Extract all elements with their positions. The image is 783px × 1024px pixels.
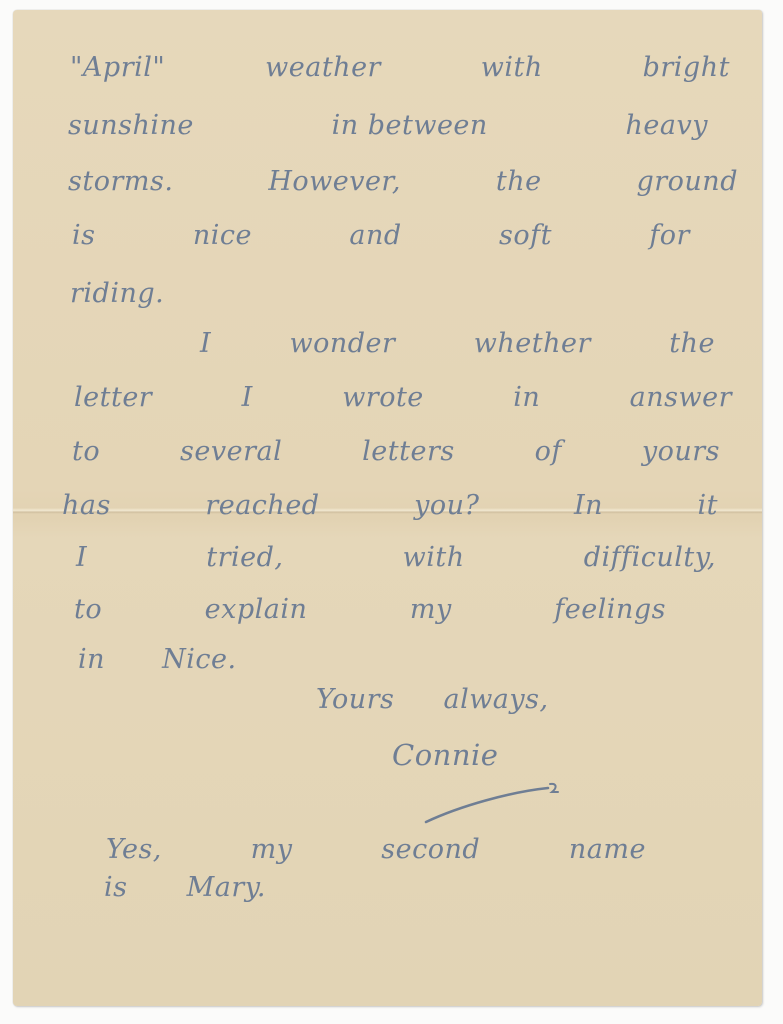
word: explain xyxy=(205,594,308,625)
letter-closing: Yours always, xyxy=(316,684,549,715)
letter-line-6: I wonder whether the xyxy=(200,328,715,359)
word: I xyxy=(242,382,253,413)
word: with xyxy=(403,542,465,573)
word: whether xyxy=(474,328,591,359)
word: my xyxy=(251,834,293,865)
word: riding. xyxy=(70,278,164,309)
letter-line-1: "April" weather with bright xyxy=(70,52,730,83)
letter-line-3: storms. However, the ground xyxy=(68,166,738,197)
word: wonder xyxy=(290,328,396,359)
word: name xyxy=(569,834,646,865)
word: weather xyxy=(265,52,381,83)
word: has xyxy=(62,490,111,521)
word: wrote xyxy=(342,382,424,413)
word: several xyxy=(180,436,282,467)
word: bright xyxy=(643,52,730,83)
word: storms. xyxy=(68,166,173,197)
letter-line-10: I tried, with difficulty, xyxy=(76,542,716,573)
word: letters xyxy=(362,436,455,467)
word: Mary. xyxy=(187,872,266,903)
letter-line-11: to explain my feelings xyxy=(74,594,666,625)
word: for xyxy=(649,220,690,251)
word: you? xyxy=(414,490,479,521)
word: difficulty, xyxy=(584,542,716,573)
word: reached xyxy=(205,490,319,521)
letter-line-7: letter I wrote in answer xyxy=(74,382,732,413)
letter-line-2: sunshine in between heavy xyxy=(68,110,708,141)
word: to xyxy=(74,594,102,625)
word: yours xyxy=(642,436,720,467)
word: second xyxy=(381,834,480,865)
word: However, xyxy=(268,166,401,197)
word: in xyxy=(513,382,540,413)
letter-line-5: riding. xyxy=(70,278,164,309)
word: Yes, xyxy=(106,834,162,865)
word: tried, xyxy=(206,542,283,573)
word: answer xyxy=(630,382,732,413)
letter-signature: Connie xyxy=(392,738,498,772)
postscript-line-1: Yes, my second name xyxy=(106,834,646,865)
word: In xyxy=(574,490,603,521)
word: is xyxy=(72,220,96,251)
word: in between xyxy=(332,110,488,141)
word: in xyxy=(78,644,105,675)
word: is xyxy=(104,872,128,903)
word: letter xyxy=(74,382,152,413)
word: "April" xyxy=(70,52,165,83)
letter-line-4: is nice and soft for xyxy=(72,220,690,251)
word: of xyxy=(535,436,562,467)
word: heavy xyxy=(626,110,708,141)
word: it xyxy=(697,490,718,521)
word: to xyxy=(72,436,100,467)
word: nice xyxy=(193,220,252,251)
word: feelings xyxy=(554,594,666,625)
word: my xyxy=(410,594,452,625)
word: I xyxy=(76,542,87,573)
word: Nice. xyxy=(162,644,236,675)
word: ground xyxy=(636,166,738,197)
letter-line-8: to several letters of yours xyxy=(72,436,720,467)
signature-flourish xyxy=(420,778,570,828)
postscript-line-2: is Mary. xyxy=(104,872,266,903)
word: and xyxy=(349,220,401,251)
word: sunshine xyxy=(68,110,194,141)
word: the xyxy=(496,166,542,197)
word: with xyxy=(481,52,543,83)
letter-line-9: has reached you? In it xyxy=(62,490,718,521)
word: soft xyxy=(499,220,552,251)
word: the xyxy=(669,328,715,359)
word: I xyxy=(200,328,211,359)
letter-line-12: in Nice. xyxy=(78,644,237,675)
